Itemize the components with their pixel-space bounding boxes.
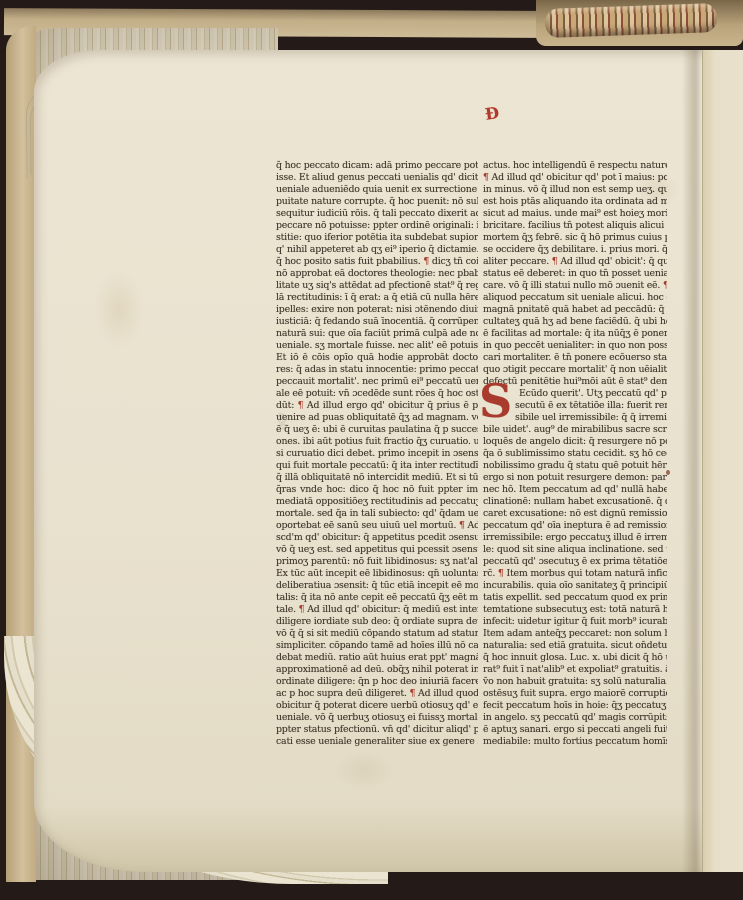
text-line: care. vō q̄ illi statui nullo mō ɔuenit … bbox=[483, 280, 667, 292]
book-photo: Ð 400 q̄ hoc peccato dicam: adā primo pe… bbox=[0, 0, 743, 900]
text-line: ale eē potuit: vn̄ ɔcedēde sunt rōes q̄ … bbox=[276, 388, 478, 400]
text-line: lā rectitudinis: ī q̄ erat: a q̄ etiā cū… bbox=[276, 292, 478, 304]
text-line: ē q̄ ueʒ ē: ubi ē curuitas paulatina q̄ … bbox=[276, 424, 478, 436]
text-column-left: q̄ hoc peccato dicam: adā primo peccare … bbox=[276, 160, 478, 750]
text-line: cari mortaliter. ē tn̄ ponere ecōuerso s… bbox=[483, 352, 667, 364]
text-line: Et iō ē cōis opīo quā hodie approbāt doc… bbox=[276, 352, 478, 364]
red-quire-mark: Ð bbox=[484, 103, 500, 124]
text-line: ē facilitas ad mortale: q̄ ita nūq̄ʒ ē p… bbox=[483, 328, 667, 340]
text-line: fecit peccatum hoīs in hoie: q̄ʒ peccatu… bbox=[483, 700, 667, 712]
text-line: sequitur iudiciū rōis. q̄ tali peccato d… bbox=[276, 208, 478, 220]
text-line: v̄o non habuit gratuita: sʒ solū natural… bbox=[483, 676, 667, 688]
text-line: dūt: ¶ Ad illud ergo qd' obicitur q̄ pri… bbox=[276, 400, 478, 412]
text-line: res: q̄ adas in statu innocentie: primo … bbox=[276, 364, 478, 376]
text-line: ac p hoc supra deū diligeret. ¶ Ad illud… bbox=[276, 688, 478, 700]
pilcrow-mark: ¶ bbox=[423, 256, 429, 267]
text-line: ordinate diligere: q̄n p hoc deo iniuriā… bbox=[276, 676, 478, 688]
text-line: diligere iordiate sub deo: q̄ ordiate su… bbox=[276, 616, 478, 628]
text-line: ipelles: exire non poterat: nisi ɔtēnend… bbox=[276, 304, 478, 316]
text-line: magnā pnitatē quā habet ad peccādū: q̄ d… bbox=[483, 304, 667, 316]
text-line: nec hō. Item peccatum ad qd' nullā habet… bbox=[483, 484, 667, 496]
text-line: obicitur q̄ poterat dicere uerbū otiosuʒ… bbox=[276, 700, 478, 712]
text-line: q̄ hoc peccato dicam: adā primo peccare … bbox=[276, 160, 478, 172]
pilcrow-mark: ¶ bbox=[483, 172, 489, 183]
drop-cap-initial: S bbox=[479, 382, 515, 422]
text-line: peccauit mortalit'. nec primū ei⁹ peccat… bbox=[276, 376, 478, 388]
text-line: primoʒ parentū: nō fuit libidinosus: sʒ … bbox=[276, 556, 478, 568]
text-line: mortale. sed q̄a in tali subiecto: qd' q… bbox=[276, 508, 478, 520]
text-line: vō q̄ q̄ si sit mediū cōpando statum ad … bbox=[276, 628, 478, 640]
text-line: q̄ illā obliquitatē nō intercidit mediū.… bbox=[276, 472, 478, 484]
text-line: deliberatiua ɔsensit: q̄ tūc etiā incepi… bbox=[276, 580, 478, 592]
text-line: aliquod peccatum sit ueniale alicui. hoc… bbox=[483, 292, 667, 304]
text-line: litate uʒ siq's attēdat ad pfectionē sta… bbox=[276, 280, 478, 292]
text-line: debat mediū. ratio aūt huius erat ppt' m… bbox=[276, 652, 478, 664]
text-line: in minus. vō q̄ illud non est semp ueʒ. … bbox=[483, 184, 667, 196]
pilcrow-mark: ¶ bbox=[498, 568, 504, 579]
text-line: nō approbat eā doctores theologie: nec p… bbox=[276, 268, 478, 280]
text-line: temtatione subsecutuʒ est: totā naturā h… bbox=[483, 604, 667, 616]
text-line: si curuatio dici debet. primo incepit in… bbox=[276, 448, 478, 460]
pilcrow-mark: ¶ bbox=[410, 688, 416, 699]
text-line: ones. ibi aūt potius fuit fractio q̄ʒ cu… bbox=[276, 436, 478, 448]
text-line: sicut ad maius. unde mai⁹ est hoieʒ mori… bbox=[483, 208, 667, 220]
text-line: ueniale. sʒ mortale fuisse. nec alit' eē… bbox=[276, 340, 478, 352]
text-line: oportebat eē sanū seu uiuū uel mortuū. ¶… bbox=[276, 520, 478, 532]
text-line: incurabilis. quia oīo sanitateʒ q̄ princ… bbox=[483, 580, 667, 592]
pilcrow-mark: ¶ bbox=[663, 280, 667, 291]
text-line: est hois ptās aliquando ita ordinata ad … bbox=[483, 196, 667, 208]
endband bbox=[545, 3, 718, 38]
paper-stain bbox=[94, 270, 144, 350]
text-line: iusticiā: q̄ fedando suā īnocentiā. q̄ c… bbox=[276, 316, 478, 328]
text-line: peccatū qd' ɔsecutuʒ ē ex prima tētatiōe… bbox=[483, 556, 667, 568]
text-line: le: quod sit sine aliqua inclinatione. s… bbox=[483, 544, 667, 556]
text-line: bricitare. facilius tn̄ potest aliquis a… bbox=[483, 220, 667, 232]
text-line: nobilissimo gradu q̄ statu quē potuit hē… bbox=[483, 460, 667, 472]
pilcrow-mark: ¶ bbox=[552, 256, 558, 267]
text-column-right: actus. hoc intelligendū ē respectu natur… bbox=[483, 160, 667, 750]
paper-stain bbox=[334, 750, 394, 790]
text-line: q̄ras vnde hoc: dico q̄ hoc nō fuit ppte… bbox=[276, 484, 478, 496]
text-line: tale. ¶ Ad illud qd' obicitur: q̄ mediū … bbox=[276, 604, 478, 616]
text-line: isse. Et aliud genus peccati uenialis qd… bbox=[276, 172, 478, 184]
text-line: mediabile: multo fortius peccatum homīs. bbox=[483, 736, 667, 748]
under-leaf bbox=[702, 50, 743, 872]
text-line: talis: q̄ ita nō ante cepit eē peccatū q… bbox=[276, 592, 478, 604]
text-line: Ex tūc aūt incepit eē libidinosus: qn̄ u… bbox=[276, 568, 478, 580]
text-line: ppter status pfectionū. vn̄ qd' dicitur … bbox=[276, 724, 478, 736]
text-line: loquēs de angelo dicit: q̄ resurgere nō … bbox=[483, 436, 667, 448]
text-line: caret excusatione: nō est dignū remissio… bbox=[483, 508, 667, 520]
text-line: ē aptuʒ sanari. ergo si peccati angeli f… bbox=[483, 724, 667, 736]
text-line: stitie: quo iferior potētia ita subdebat… bbox=[276, 232, 478, 244]
text-line: cati esse ueniale generaliter siue ex ge… bbox=[276, 736, 478, 748]
text-line: scd'm qd' obicitur: q̄ appetitus pcedit … bbox=[276, 532, 478, 544]
text-line: cultateʒ quā hʒ ad bene faciēdū. q̄ ubi … bbox=[483, 316, 667, 328]
text-line: irremissibile: ergo peccatuʒ illud ē irr… bbox=[483, 532, 667, 544]
text-line: ¶ Ad illud qd' obicitur qd' pot ī maius:… bbox=[483, 172, 667, 184]
text-line: ueniale. vō q̄ uerbuʒ otiosuʒ ei fuissʒ … bbox=[276, 712, 478, 724]
text-line: rc̄. ¶ Item morbus qui totam naturā infi… bbox=[483, 568, 667, 580]
text-line: ueniale adueniēdo quia uenit ex surrecti… bbox=[276, 184, 478, 196]
pilcrow-mark: ¶ bbox=[299, 604, 305, 615]
text-line: se occidere q̄ʒ debilitare. i. prius mor… bbox=[483, 244, 667, 256]
text-line: in quo peccēt uenialiter: in quo non pos… bbox=[483, 340, 667, 352]
text-line: uenire ad puas obliquitatē q̄ʒ ad magnam… bbox=[276, 412, 478, 424]
text-line: status eē deberet: in quo tn̄ posset uen… bbox=[483, 268, 667, 280]
text-line: simpliciter. cōpando tamē ad hoīes illū … bbox=[276, 640, 478, 652]
text-line: infecit: uidetur igitur q̄ fuit morb⁹ ic… bbox=[483, 616, 667, 628]
text-line: naturā sui: que oīa faciūt primā culpā a… bbox=[276, 328, 478, 340]
pilcrow-mark: ¶ bbox=[298, 400, 304, 411]
text-line: qui fuit mortale peccatū: q̄ ita inter r… bbox=[276, 460, 478, 472]
text-line: mediatā oppositiōeʒ rectitudinis ad pecc… bbox=[276, 496, 478, 508]
text-line: puitate nature corrupte. q̄ hoc puenit: … bbox=[276, 196, 478, 208]
text-line: peccare nō potuisse: ppter ordinē origin… bbox=[276, 220, 478, 232]
text-line: aliter peccare. ¶ Ad illud qd' obicit': … bbox=[483, 256, 667, 268]
book-page: Ð 400 q̄ hoc peccato dicam: adā primo pe… bbox=[34, 50, 743, 872]
text-line: rat⁹ fuit ī nat'alib⁹ et expoliat⁹ gratu… bbox=[483, 664, 667, 676]
text-line: vō q̄ ueʒ est. sed appetitus qui pcessit… bbox=[276, 544, 478, 556]
text-line: clinationē: nullam habet excusationē. q̄… bbox=[483, 496, 667, 508]
text-line: Item adam anteq̄ʒ peccaret: non solum ha… bbox=[483, 628, 667, 640]
text-line: peccatum qd' oīa ineptura ē ad remission… bbox=[483, 520, 667, 532]
text-line: q̄ hoc innuit glosa. Luc. x. ubi dicit q… bbox=[483, 652, 667, 664]
text-line: mortem q̄ʒ febrē. sic q̄ hō primus cuius… bbox=[483, 232, 667, 244]
text-line: ostēsuʒ fuit supra. ergo maiorē corrupti… bbox=[483, 688, 667, 700]
text-line: in angelo. sʒ peccatū qd' magis corrūpit… bbox=[483, 712, 667, 724]
text-line: q' nihil appeteret ab qʒ ei⁹ iperio q̄ d… bbox=[276, 244, 478, 256]
text-line: ergo si non potuit resurgere demon: pari… bbox=[483, 472, 667, 484]
text-line: tatis expellit. sed peccatum quod ex pri… bbox=[483, 592, 667, 604]
text-line: actus. hoc intelligendū ē respectu natur… bbox=[483, 160, 667, 172]
text-line: approximationē ad deū. obq̄ʒ nihil poter… bbox=[276, 664, 478, 676]
text-line: naturalia: sed etiā gratuita. sicut on̄d… bbox=[483, 640, 667, 652]
pilcrow-mark: ¶ bbox=[459, 520, 465, 531]
gutter-crease bbox=[682, 50, 702, 872]
text-line: q̄ hoc posito satis fuit pbabilius. ¶ di… bbox=[276, 256, 478, 268]
text-line: q̄a ō sublimissimo statu cecidit. sʒ hō … bbox=[483, 448, 667, 460]
